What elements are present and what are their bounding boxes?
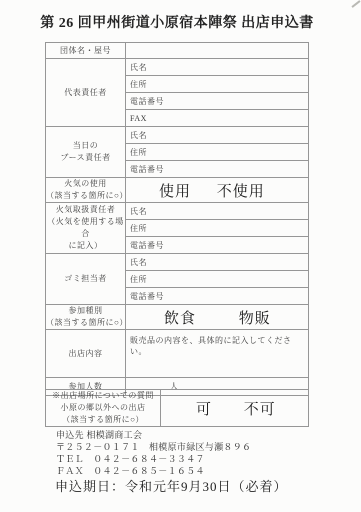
location-question-label-line2: 小原の郷以外への出店 [46,402,160,414]
location-option-ok: 可 [196,402,212,418]
representative-phone-label: 電話番号 [126,93,309,110]
booth-manager-label-line1: 当日の [46,140,125,152]
representative-label: 代表責任者 [46,59,126,127]
fire-use-option-nouse: 不使用 [217,184,265,200]
participation-type-label-line2: （該当する箇所に○） [46,317,125,329]
participation-option-food: 飲食 [164,311,196,327]
garbage-manager-label: ゴミ担当者 [46,254,126,305]
fire-handler-name-label: 氏名 [126,203,309,220]
garbage-name-label: 氏名 [126,254,309,271]
org-name-value-cell [126,43,309,59]
fire-use-label: 火気の使用 （該当する箇所に○） [46,178,126,203]
participation-type-options-cell: 飲食 物販 [126,305,309,330]
fire-handler-label-line2: （火気を使用する場合 [46,216,125,240]
location-question-table: ※出店場所についての質問 小原の郷以外への出店 （該当する箇所に○） 可 不可 [45,389,309,427]
booth-manager-label: 当日の ブース責任者 [46,127,126,178]
representative-fax-label: FAX [126,110,309,127]
participation-type-label: 参加種別 （該当する箇所に○） [46,305,126,330]
fire-handler-phone-label: 電話番号 [126,237,309,254]
contact-address: 〒２５２－０１７１ 相模原市緑区与瀬８９６ [56,441,251,453]
participation-option-goods: 物販 [239,311,271,327]
fire-handler-label-line3: に記入） [46,240,125,252]
fire-handler-address-label: 住所 [126,220,309,237]
participation-type-label-line1: 参加種別 [46,305,125,317]
fire-use-option-use: 使用 [159,184,191,200]
booth-manager-label-line2: ブース責任者 [46,152,125,164]
location-question-label-line1: ※出店場所についての質問 [46,390,160,402]
location-question-label-line3: （該当する箇所に○） [46,414,160,426]
booth-manager-address-label: 住所 [126,144,309,161]
fire-use-label-line1: 火気の使用 [46,178,125,190]
fire-use-label-line2: （該当する箇所に○） [46,190,125,202]
garbage-address-label: 住所 [126,271,309,288]
application-form-table: 団体名・屋号 代表責任者 氏名 住所 電話番号 FAX 当日の ブース責任者 氏… [45,42,309,396]
location-question-label: ※出店場所についての質問 小原の郷以外への出店 （該当する箇所に○） [46,390,161,427]
shop-contents-note-cell: 販売品の内容を、具体的に記入してください。 [126,330,309,378]
contact-tel: ＴＥＬ ０４２－６８４－３３４７ [56,453,251,465]
booth-manager-name-label: 氏名 [126,127,309,144]
booth-manager-phone-label: 電話番号 [126,161,309,178]
contact-recipient: 申込先 相模湖商工会 [56,429,251,441]
org-name-label: 団体名・屋号 [46,43,126,59]
application-deadline: 申込期日：令和元年9月30日（必着） [55,476,288,495]
shop-contents-label: 出店内容 [46,330,126,378]
representative-name-label: 氏名 [126,59,309,76]
contact-block: 申込先 相模湖商工会 〒２５２－０１７１ 相模原市緑区与瀬８９６ ＴＥＬ ０４２… [56,429,251,477]
location-question-options-cell: 可 不可 [161,390,309,427]
representative-address-label: 住所 [126,76,309,93]
fire-handler-label-line1: 火気取扱責任者 [46,204,125,216]
fire-handler-label: 火気取扱責任者 （火気を使用する場合 に記入） [46,203,126,254]
fire-use-options-cell: 使用 不使用 [126,178,309,203]
page-title: 第 26 回甲州街道小原宿本陣祭 出店申込書 [40,12,314,32]
garbage-phone-label: 電話番号 [126,288,309,305]
location-option-ng: 不可 [244,402,276,418]
scan-artifact [351,0,360,8]
